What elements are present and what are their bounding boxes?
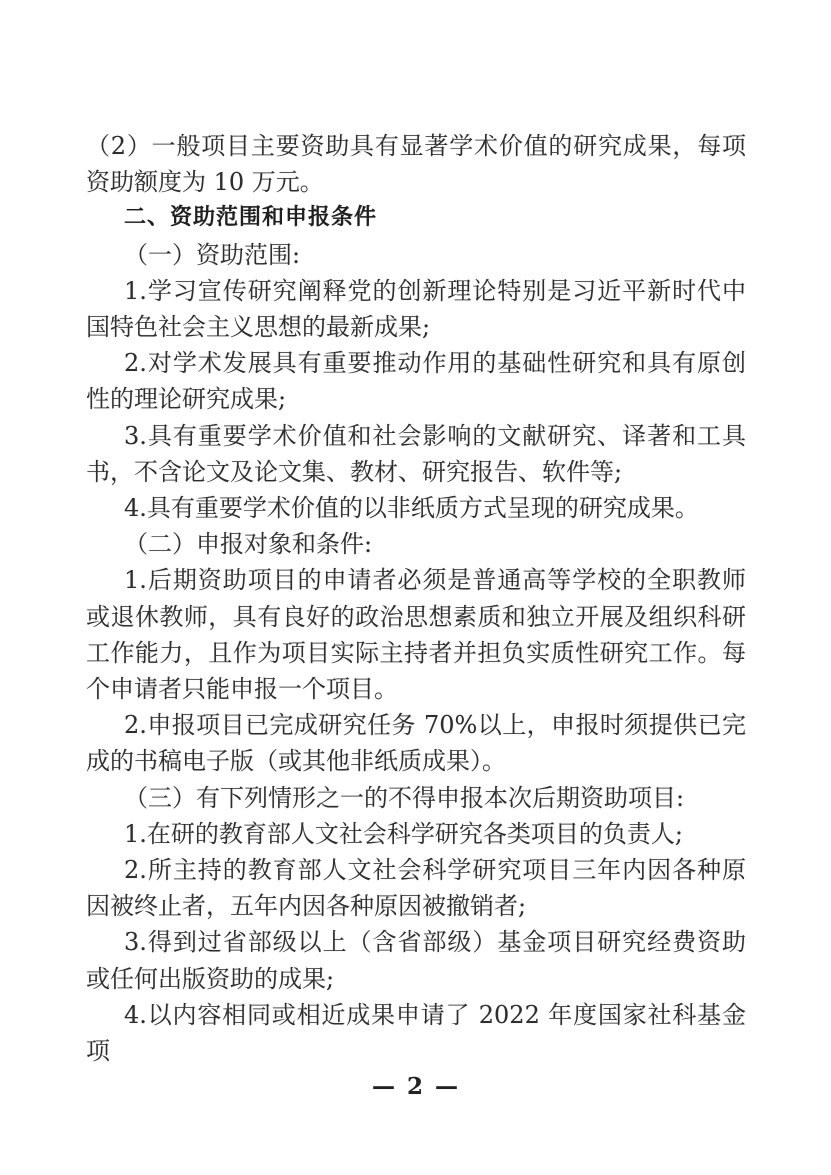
paragraph: 2.对学术发展具有重要推动作用的基础性研究和具有原创性的理论研究成果; [86,345,746,417]
paragraph: （三）有下列情形之一的不得申报本次后期资助项目: [86,780,746,816]
paragraph: （二）申报对象和条件: [86,526,746,562]
paragraph: （一）资助范围: [86,237,746,273]
paragraph: 4.具有重要学术价值的以非纸质方式呈现的研究成果。 [86,490,746,526]
paragraph: 3.具有重要学术价值和社会影响的文献研究、译著和工具书，不含论文及论文集、教材、… [86,418,746,490]
paragraph: （2）一般项目主要资助具有显著学术价值的研究成果，每项资助额度为 10 万元。 [86,128,746,200]
paragraph: 3.得到过省部级以上（含省部级）基金项目研究经费资助或任何出版资助的成果; [86,924,746,996]
paragraph: 1.在研的教育部人文社会科学研究各类项目的负责人; [86,816,746,852]
paragraph: 2.所主持的教育部人文社会科学研究项目三年内因各种原因被终止者，五年内因各种原因… [86,852,746,924]
paragraph: 4.以内容相同或相近成果申请了 2022 年度国家社科基金项 [86,997,746,1069]
document-page: （2）一般项目主要资助具有显著学术价值的研究成果，每项资助额度为 10 万元。二… [0,0,831,1175]
section-heading: 二、资助范围和申报条件 [86,200,746,236]
page-number: — 2 — [86,1069,746,1105]
document-body: （2）一般项目主要资助具有显著学术价值的研究成果，每项资助额度为 10 万元。二… [86,128,746,1105]
paragraph: 1.后期资助项目的申请者必须是普通高等学校的全职教师或退休教师，具有良好的政治思… [86,562,746,707]
paragraph: 1.学习宣传研究阐释党的创新理论特别是习近平新时代中国特色社会主义思想的最新成果… [86,273,746,345]
paragraph: 2.申报项目已完成研究任务 70%以上，申报时须提供已完成的书稿电子版（或其他非… [86,707,746,779]
